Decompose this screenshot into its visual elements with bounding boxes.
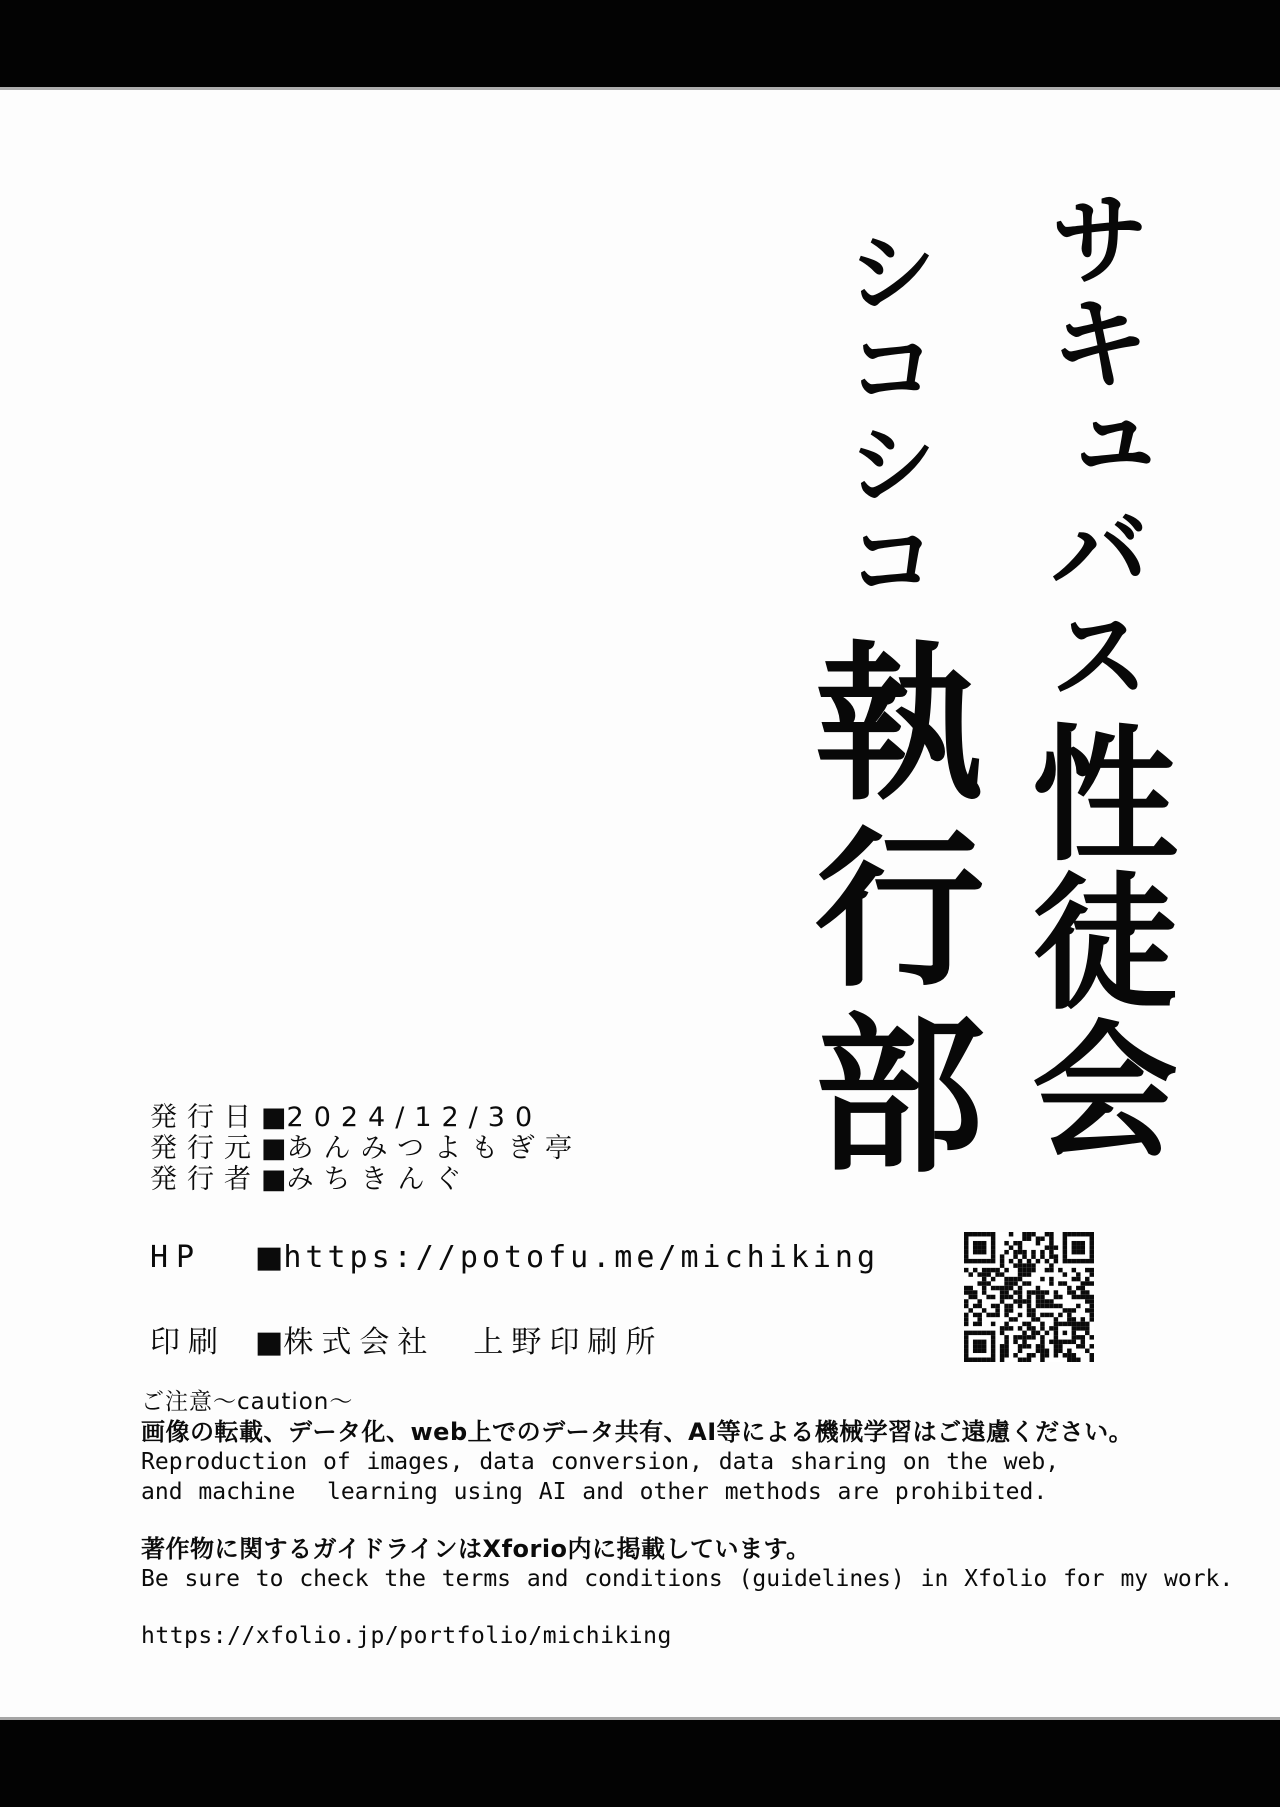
- title-left-kanji: 執行部: [785, 634, 985, 1192]
- row-bullet: ■: [261, 1102, 287, 1133]
- caution-block: ご注意～caution～ 画像の転載、データ化、web上でのデータ共有、AI等に…: [141, 1387, 1233, 1651]
- title-left-kana: シコシコ: [831, 224, 939, 608]
- hp-url: https://potofu.me/michiking: [283, 1240, 879, 1275]
- colophon-row-date: 発行日■2024/12/30: [150, 1102, 582, 1133]
- colophon-page: サキュバス性徒会 シコシコ執行部 発行日■2024/12/30 発行元■あんみつ…: [0, 0, 1280, 1807]
- caution-heading: ご注意～caution～: [141, 1387, 1233, 1417]
- title-column-left: シコシコ執行部: [810, 224, 970, 1224]
- row-label: 発行者: [150, 1164, 261, 1195]
- caution-line-jp: 画像の転載、データ化、web上でのデータ共有、AI等による機械学習はご遠慮くださ…: [141, 1417, 1233, 1447]
- guideline-line-en: Be sure to check the terms and condition…: [141, 1564, 1233, 1594]
- colophon-row-publisher: 発行元■あんみつよもぎ亭: [150, 1133, 582, 1164]
- caution-line-en-2: and machine learning using AI and other …: [141, 1477, 1233, 1507]
- title-column-right: サキュバス性徒会: [1005, 186, 1165, 1186]
- colophon: 発行日■2024/12/30 発行元■あんみつよもぎ亭 発行者■みちきんぐ: [150, 1102, 582, 1195]
- qr-code-icon: [964, 1232, 1094, 1362]
- top-letterbox-bar: [0, 0, 1280, 90]
- title-right-kana: サキュバス: [1032, 186, 1152, 706]
- title-right-kanji: 性徒会: [1007, 718, 1178, 1162]
- row-value: みちきんぐ: [287, 1164, 472, 1195]
- print-row: 印刷■株式会社 上野印刷所: [150, 1317, 663, 1361]
- colophon-row-author: 発行者■みちきんぐ: [150, 1164, 582, 1195]
- caution-line-en-1: Reproduction of images, data conversion,…: [141, 1447, 1233, 1477]
- row-bullet: ■: [261, 1164, 287, 1195]
- row-bullet: ■: [255, 1240, 283, 1275]
- row-bullet: ■: [261, 1133, 287, 1164]
- bottom-letterbox-bar: [0, 1717, 1280, 1807]
- hp-row: HP■https://potofu.me/michiking: [150, 1240, 879, 1275]
- hp-label: HP: [150, 1240, 255, 1275]
- print-label: 印刷: [150, 1317, 255, 1361]
- portfolio-url: https://xfolio.jp/portfolio/michiking: [141, 1621, 1233, 1651]
- row-value: あんみつよもぎ亭: [287, 1133, 582, 1164]
- print-company: 株式会社 上野印刷所: [283, 1325, 663, 1360]
- row-label: 発行元: [150, 1133, 261, 1164]
- row-label: 発行日: [150, 1102, 261, 1133]
- row-bullet: ■: [255, 1325, 283, 1360]
- row-value: 2024/12/30: [287, 1102, 543, 1133]
- guideline-line-jp: 著作物に関するガイドラインはXforio内に掲載しています。: [141, 1534, 1233, 1564]
